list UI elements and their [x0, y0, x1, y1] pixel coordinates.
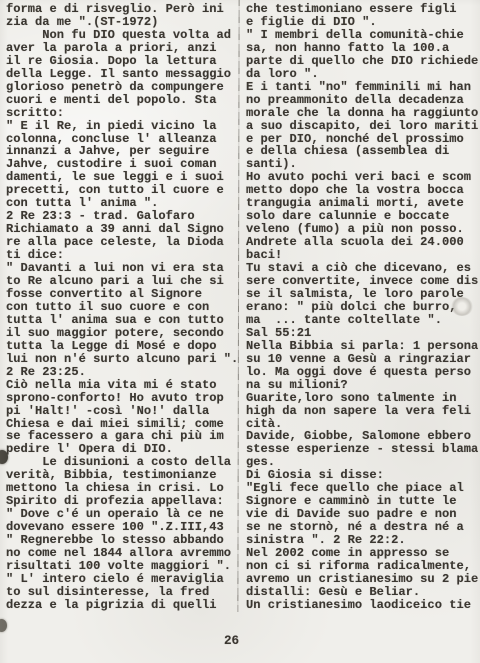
scan-artifact-ink-blob-left-bottom — [0, 619, 7, 632]
left-column-text: forma e di risveglio. Però ini zia da me… — [6, 3, 238, 612]
page-number: 26 — [224, 634, 239, 648]
column-divider-line — [237, 0, 240, 612]
scanned-document-page: forma e di risveglio. Però ini zia da me… — [0, 0, 480, 663]
right-column-text: che testimoniano essere figli e figlie d… — [246, 3, 478, 612]
scan-artifact-smudge-right-margin — [451, 297, 473, 316]
